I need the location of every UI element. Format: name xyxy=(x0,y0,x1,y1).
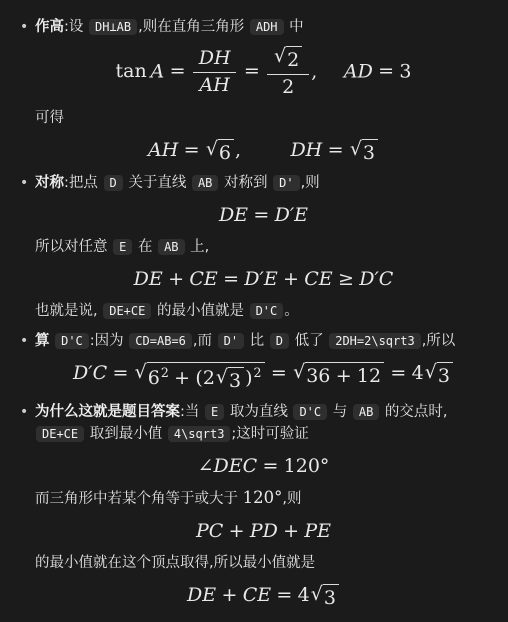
bullet-marker: • xyxy=(20,172,35,194)
math-formula: DE+CE=D′E+CE≥D′C xyxy=(20,266,492,292)
paragraph: 可得 xyxy=(35,107,492,129)
math-token: 2 xyxy=(203,367,215,389)
text-run: 上, xyxy=(186,239,210,255)
text-run: :因为 xyxy=(90,333,129,349)
list-item-body: 算 D'C:因为 CD=AB=6,而 D' 比 D 低了 2DH=2\sqrt3… xyxy=(35,330,492,352)
text-run: 取为直线 xyxy=(225,404,292,420)
text-run: 的最小值就是 xyxy=(152,303,248,319)
math-token: DE xyxy=(219,204,248,226)
text-run: 取到最小值 xyxy=(85,426,167,442)
math-token: = xyxy=(378,60,394,82)
bullet-marker: • xyxy=(20,16,35,38)
text-run: 而三角形中若某个角等于或大于 xyxy=(35,491,243,507)
fraction-denominator: AH xyxy=(193,73,236,97)
radicand: 2 xyxy=(286,46,302,72)
bold-text: 为什么这就是题目答案 xyxy=(35,404,180,420)
math-token: tan xyxy=(116,60,147,82)
inline-code-chip: D'C xyxy=(250,303,284,319)
math-token: 36 xyxy=(306,365,330,387)
text-run: :当 xyxy=(180,404,204,420)
math-formula: PC+PD+PE xyxy=(20,518,492,544)
text-run: ,则 xyxy=(301,175,320,191)
math-token: 3 xyxy=(324,587,336,609)
radicand: 36+12 xyxy=(305,362,384,388)
math-token: D′C xyxy=(359,268,393,290)
fraction-numerator: √2 xyxy=(267,46,309,75)
math-token: PC xyxy=(196,520,223,542)
radical: √62+(2√3)2 xyxy=(135,362,265,393)
math-token: = xyxy=(112,362,128,384)
radicand: 3 xyxy=(362,139,378,165)
math-token: PD xyxy=(250,520,278,542)
math-formula: tanA=DHAH=√22,AD=3 xyxy=(20,46,492,99)
math-token: DE xyxy=(134,268,163,290)
math-token: 3 xyxy=(229,370,241,392)
text-run: 所以对任意 xyxy=(35,239,112,255)
text-run: 低了 xyxy=(290,333,328,349)
bullet-marker: • xyxy=(20,330,35,352)
text-run: 在 xyxy=(133,239,157,255)
bold-text: 对称 xyxy=(35,175,64,191)
radical: √6 xyxy=(206,139,234,165)
inline-code-chip: D'C xyxy=(293,404,327,420)
radical-sign-icon: √ xyxy=(311,583,323,606)
radicand: 62+(2√3)2 xyxy=(147,362,265,393)
radical-sign-icon: √ xyxy=(216,366,228,389)
math-token: ( xyxy=(195,367,202,389)
inline-code-chip: 4\sqrt3 xyxy=(168,426,231,442)
math-token: = xyxy=(390,362,406,384)
text-run xyxy=(50,333,55,349)
math-token: DH xyxy=(290,139,322,161)
math-token: 2 xyxy=(254,365,262,380)
math-token: = xyxy=(223,268,239,290)
text-run: 。 xyxy=(284,303,299,319)
math-token: + xyxy=(174,367,190,389)
inline-math: 120° xyxy=(243,488,283,507)
math-token: 3 xyxy=(438,365,450,387)
math-token: 12 xyxy=(357,365,381,387)
math-token: = xyxy=(170,60,186,82)
assistant-message: •作高:设 DH⊥AB,则在直角三角形 ADH 中tanA=DHAH=√22,A… xyxy=(0,0,508,618)
math-token: D′C xyxy=(73,362,107,384)
inline-code-chip: 2DH=2\sqrt3 xyxy=(329,333,420,349)
math-token: DH xyxy=(199,47,231,69)
math-token: CE xyxy=(243,584,271,606)
radical-sign-icon: √ xyxy=(293,361,305,384)
math-token: 6 xyxy=(148,367,160,389)
text-run: ;这时可验证 xyxy=(231,426,308,442)
radicand: 3 xyxy=(437,362,453,388)
math-token: = xyxy=(328,139,344,161)
math-token: ) xyxy=(245,367,252,389)
paragraph: 也就是说, DE+CE 的最小值就是 D'C。 xyxy=(35,300,492,322)
text-run: ,则在直角三角形 xyxy=(138,19,249,35)
math-formula: AH=√6,DH=√3 xyxy=(20,137,492,165)
radical: √3 xyxy=(311,584,339,610)
fraction: √22 xyxy=(267,46,309,99)
inline-code-chip: CD=AB=6 xyxy=(129,333,192,349)
inline-code-chip: D'C xyxy=(55,333,89,349)
text-run: 也就是说, xyxy=(35,303,102,319)
math-token: 120° xyxy=(284,455,330,477)
fraction-numerator: DH xyxy=(193,48,236,73)
math-token: = xyxy=(271,362,287,384)
list-item: •算 D'C:因为 CD=AB=6,而 D' 比 D 低了 2DH=2\sqrt… xyxy=(20,330,492,352)
math-token: D′E xyxy=(244,268,277,290)
text-run: ,所以 xyxy=(422,333,456,349)
text-run: 对称到 xyxy=(219,175,272,191)
math-formula: D′C=√62+(2√3)2=√36+12=4√3 xyxy=(20,360,492,393)
math-formula: DE+CE=4√3 xyxy=(20,582,492,610)
math-token: + xyxy=(229,520,245,542)
math-token: A xyxy=(151,60,165,82)
math-token: , xyxy=(311,60,317,82)
math-token: CE xyxy=(304,268,332,290)
text-run: :设 xyxy=(64,19,88,35)
radical: √3 xyxy=(350,139,378,165)
math-token: , xyxy=(235,139,241,161)
math-token: DE xyxy=(187,584,216,606)
math-token: 2 xyxy=(282,76,294,98)
radicand: 3 xyxy=(228,367,244,393)
math-token: + xyxy=(221,584,237,606)
math-token: 3 xyxy=(363,142,375,164)
math-token: DEC xyxy=(213,455,257,477)
math-token: 2 xyxy=(287,49,299,71)
math-token: = xyxy=(244,60,260,82)
text-run: :把点 xyxy=(64,175,103,191)
inline-code-chip: D' xyxy=(273,175,299,191)
radical-sign-icon: √ xyxy=(350,138,362,161)
inline-code-chip: D' xyxy=(218,333,244,349)
radical: √3 xyxy=(216,367,244,393)
math-token: 2 xyxy=(161,365,169,380)
math-token: = xyxy=(184,139,200,161)
math-token: 4 xyxy=(298,584,310,606)
math-token: + xyxy=(168,268,184,290)
inline-code-chip: DE+CE xyxy=(36,426,84,442)
radical-sign-icon: √ xyxy=(206,138,218,161)
math-token: + xyxy=(283,520,299,542)
math-formula: ∠DEC=120° xyxy=(20,453,492,479)
math-token: 4 xyxy=(412,362,424,384)
list-item-body: 为什么这就是题目答案:当 E 取为直线 D'C 与 AB 的交点时, DE+CE… xyxy=(35,401,492,445)
radical-sign-icon: √ xyxy=(425,361,437,384)
list-item: •作高:设 DH⊥AB,则在直角三角形 ADH 中 xyxy=(20,16,492,38)
text-run: 可得 xyxy=(35,110,64,126)
inline-code-chip: E xyxy=(113,239,132,255)
inline-code-chip: AB xyxy=(353,404,379,420)
fraction-denominator: 2 xyxy=(267,75,309,99)
math-token: AH xyxy=(200,74,230,96)
inline-code-chip: ADH xyxy=(250,19,284,35)
paragraph: 而三角形中若某个角等于或大于 120°,则 xyxy=(35,487,492,510)
list-item: •对称:把点 D 关于直线 AB 对称到 D',则 xyxy=(20,172,492,194)
bold-text: 算 xyxy=(35,333,50,349)
fraction: DHAH xyxy=(193,48,236,97)
math-token: = xyxy=(276,584,292,606)
math-token: ≥ xyxy=(338,268,354,290)
text-run: 关于直线 xyxy=(124,175,191,191)
bold-text: 作高 xyxy=(35,19,64,35)
radical: √2 xyxy=(274,46,302,72)
math-token: + xyxy=(336,365,352,387)
paragraph: 的最小值就在这个顶点取得,所以最小值就是 xyxy=(35,552,492,574)
list-item: •为什么这就是题目答案:当 E 取为直线 D'C 与 AB 的交点时, DE+C… xyxy=(20,401,492,445)
math-token: + xyxy=(283,268,299,290)
inline-code-chip: AB xyxy=(192,175,218,191)
radical: √36+12 xyxy=(293,362,384,388)
inline-code-chip: DH⊥AB xyxy=(89,19,137,35)
inline-code-chip: DE+CE xyxy=(103,303,151,319)
text-run: 的交点时, xyxy=(380,404,447,420)
math-token: AD xyxy=(344,60,373,82)
inline-code-chip: AB xyxy=(158,239,184,255)
math-formula: DE=D′E xyxy=(20,202,492,228)
math-token: 3 xyxy=(399,60,411,82)
math-token: PE xyxy=(304,520,331,542)
text-run: 比 xyxy=(245,333,269,349)
math-token: D′E xyxy=(275,204,308,226)
radical-sign-icon: √ xyxy=(274,45,286,68)
text-run: ,而 xyxy=(193,333,217,349)
paragraph: 所以对任意 E 在 AB 上, xyxy=(35,236,492,258)
list-item-body: 作高:设 DH⊥AB,则在直角三角形 ADH 中 xyxy=(35,16,492,38)
text-run: 与 xyxy=(328,404,352,420)
radicand: 3 xyxy=(323,584,339,610)
text-run: ,则 xyxy=(282,491,301,507)
text-run: 的最小值就在这个顶点取得,所以最小值就是 xyxy=(35,555,315,571)
math-token: CE xyxy=(189,268,217,290)
radical: √3 xyxy=(425,362,453,388)
text-run: 中 xyxy=(285,19,304,35)
radical-sign-icon: √ xyxy=(135,361,147,384)
math-token: = xyxy=(253,204,269,226)
math-token: = xyxy=(262,455,278,477)
math-token: AH xyxy=(148,139,178,161)
radicand: 6 xyxy=(218,139,234,165)
inline-code-chip: D xyxy=(104,175,123,191)
bullet-marker: • xyxy=(20,401,35,445)
math-token: 6 xyxy=(219,142,231,164)
inline-code-chip: E xyxy=(205,404,224,420)
math-token: ∠ xyxy=(198,455,214,477)
list-item-body: 对称:把点 D 关于直线 AB 对称到 D',则 xyxy=(35,172,492,194)
inline-code-chip: D xyxy=(270,333,289,349)
